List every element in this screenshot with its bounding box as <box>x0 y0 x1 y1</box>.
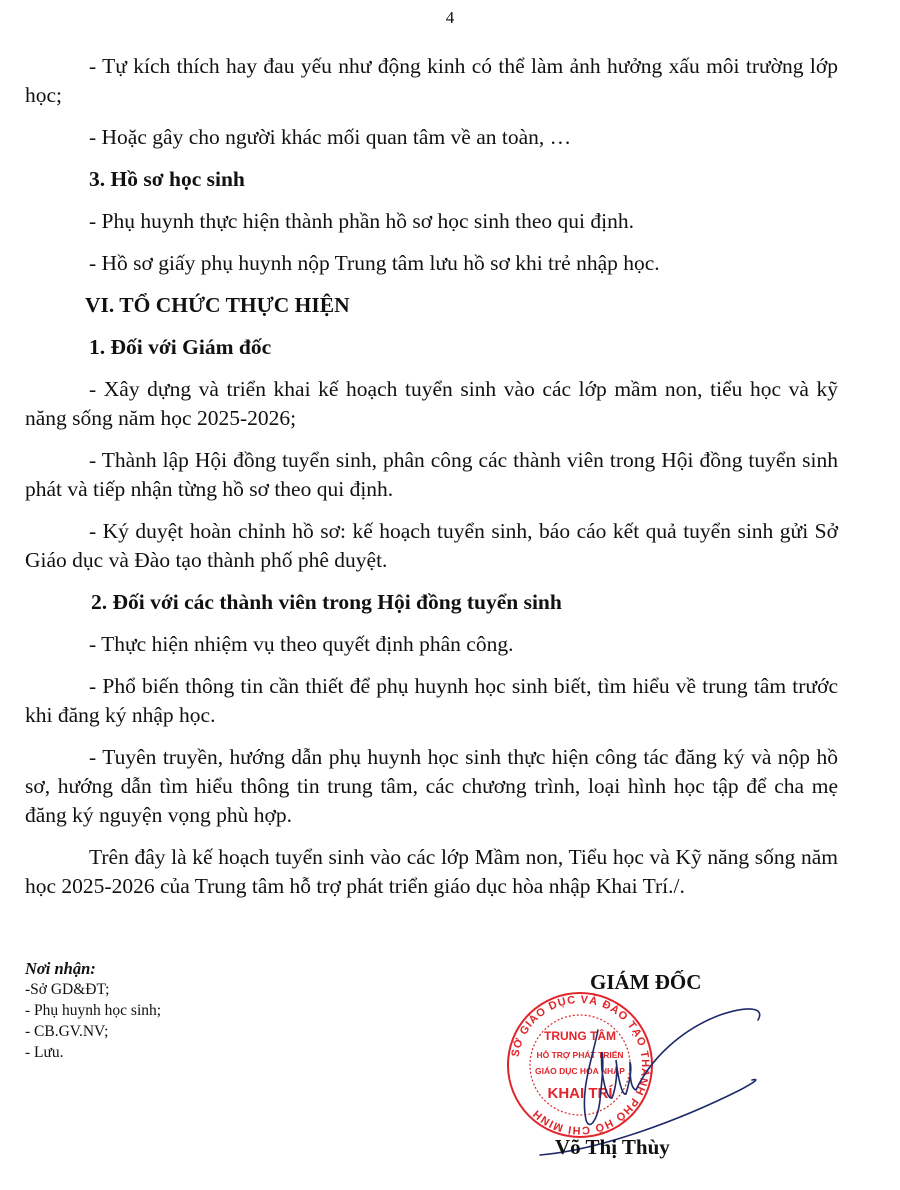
section-heading: VI. TỔ CHỨC THỰC HIỆN <box>85 291 838 320</box>
recipient-item: - Phụ huynh học sinh; <box>25 1000 161 1021</box>
document-body: - Tự kích thích hay đau yếu như động kin… <box>25 52 838 914</box>
recipient-item: -Sở GD&ĐT; <box>25 979 161 1000</box>
recipient-item: - Lưu. <box>25 1042 161 1063</box>
paragraph: - Hoặc gây cho người khác mối quan tâm v… <box>25 123 838 152</box>
paragraph: - Xây dựng và triển khai kế hoạch tuyển … <box>25 375 838 433</box>
paragraph: - Thực hiện nhiệm vụ theo quyết định phâ… <box>25 630 838 659</box>
paragraph: - Phụ huynh thực hiện thành phần hồ sơ h… <box>25 207 838 236</box>
paragraph: - Hồ sơ giấy phụ huynh nộp Trung tâm lưu… <box>25 249 838 278</box>
recipient-item: - CB.GV.NV; <box>25 1021 161 1042</box>
recipients-block: Nơi nhận: -Sở GD&ĐT; - Phụ huynh học sin… <box>25 958 161 1063</box>
paragraph: Trên đây là kế hoạch tuyển sinh vào các … <box>25 843 838 901</box>
section-heading: 1. Đối với Giám đốc <box>89 333 838 362</box>
section-heading: 3. Hồ sơ học sinh <box>89 165 838 194</box>
section-heading: 2. Đối với các thành viên trong Hội đồng… <box>91 588 838 617</box>
signer-name: Võ Thị Thùy <box>555 1135 670 1160</box>
paragraph: - Tuyên truyền, hướng dẫn phụ huynh học … <box>25 743 838 830</box>
recipients-title: Nơi nhận: <box>25 958 161 979</box>
paragraph: - Ký duyệt hoàn chỉnh hồ sơ: kế hoạch tu… <box>25 517 838 575</box>
paragraph: - Thành lập Hội đồng tuyển sinh, phân cô… <box>25 446 838 504</box>
paragraph: - Phổ biến thông tin cần thiết để phụ hu… <box>25 672 838 730</box>
page-number: 4 <box>0 8 900 28</box>
signer-title: GIÁM ĐỐC <box>590 970 701 995</box>
paragraph: - Tự kích thích hay đau yếu như động kin… <box>25 52 838 110</box>
